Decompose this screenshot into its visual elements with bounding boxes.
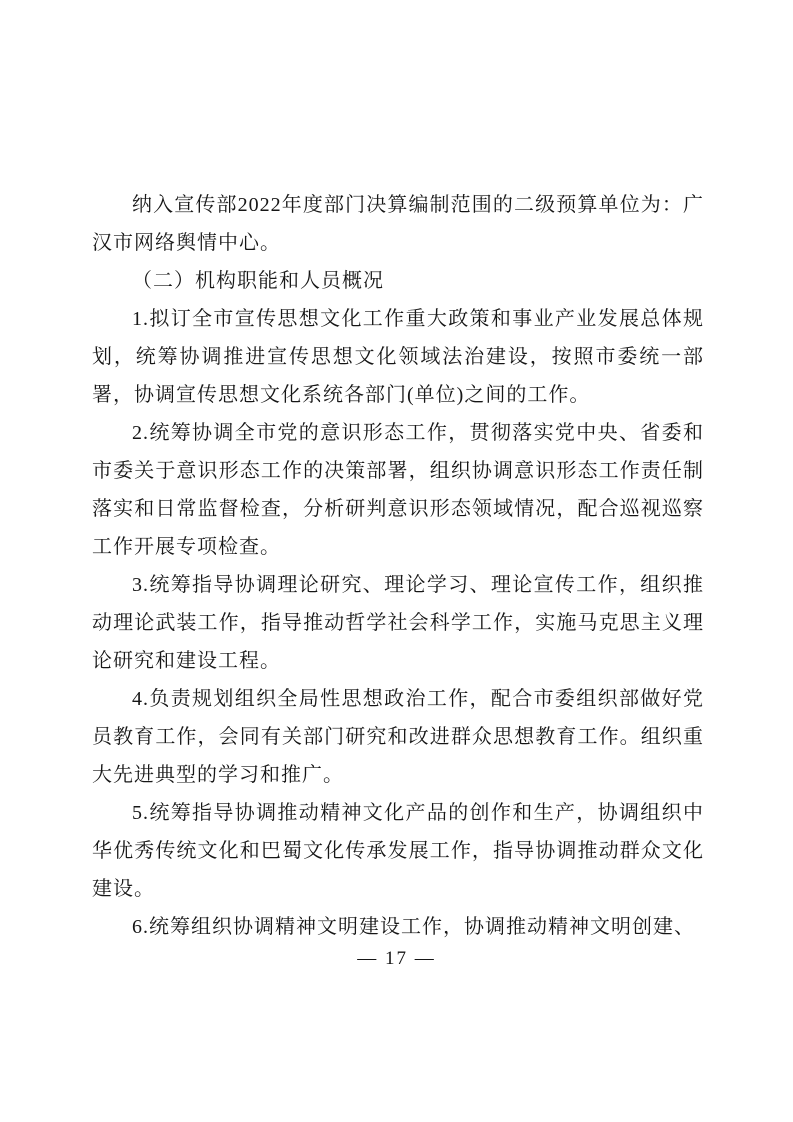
document-page: 纳入宣传部2022年度部门决算编制范围的二级预算单位为：广汉市网络舆情中心。 （… [0,0,793,1122]
intro-paragraph: 纳入宣传部2022年度部门决算编制范围的二级预算单位为：广汉市网络舆情中心。 [92,186,704,262]
duty-paragraph-4: 4.负责规划组织全局性思想政治工作，配合市委组织部做好党员教育工作，会同有关部门… [92,680,704,794]
duty-paragraph-5: 5.统筹指导协调推动精神文化产品的创作和生产，协调组织中华优秀传统文化和巴蜀文化… [92,794,704,908]
document-body: 纳入宣传部2022年度部门决算编制范围的二级预算单位为：广汉市网络舆情中心。 （… [92,186,704,946]
duty-paragraph-3: 3.统筹指导协调理论研究、理论学习、理论宣传工作，组织推动理论武装工作，指导推动… [92,566,704,680]
section-heading: （二）机构职能和人员概况 [92,262,704,300]
duty-paragraph-2: 2.统筹协调全市党的意识形态工作，贯彻落实党中央、省委和市委关于意识形态工作的决… [92,414,704,566]
page-number: — 17 — [0,948,793,970]
duty-paragraph-1: 1.拟订全市宣传思想文化工作重大政策和事业产业发展总体规划，统筹协调推进宣传思想… [92,300,704,414]
duty-paragraph-6: 6.统筹组织协调精神文明建设工作，协调推动精神文明创建、 [92,908,704,946]
